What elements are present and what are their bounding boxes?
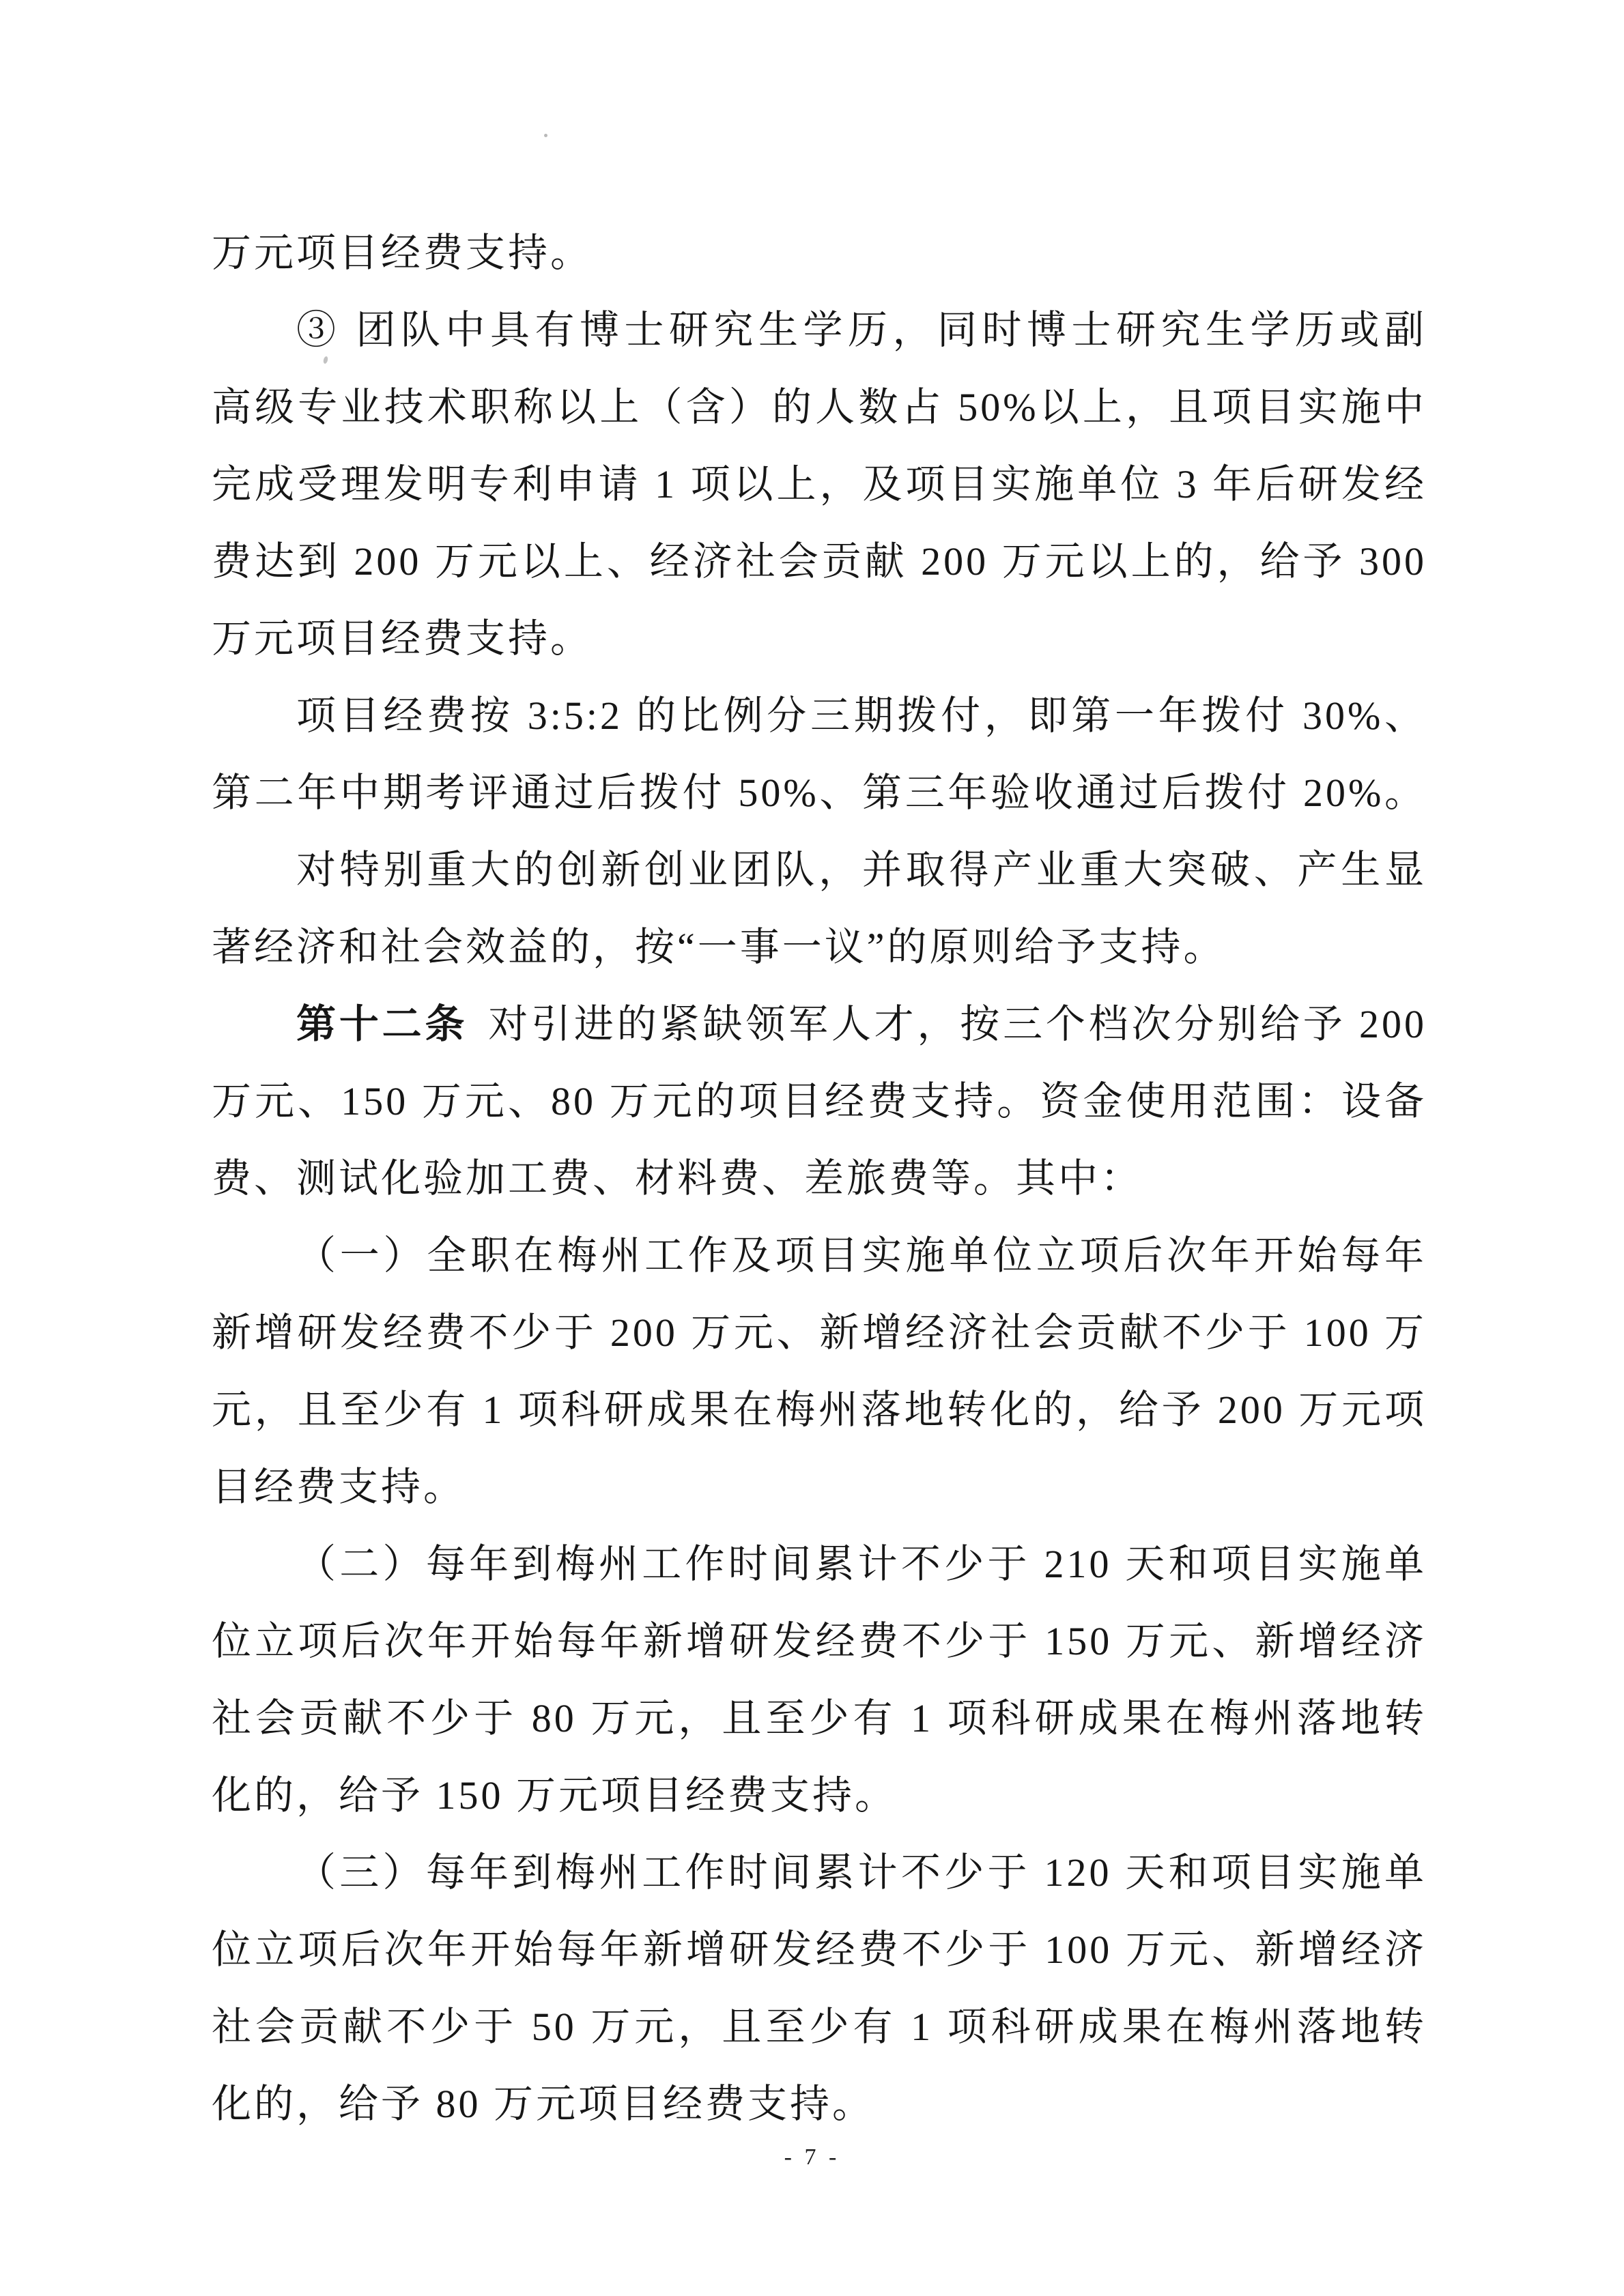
text-line: 社会贡献不少于 80 万元，且至少有 1 项科研成果在梅州落地转: [212, 1680, 1427, 1757]
text-line: 位立项后次年开始每年新增研发经费不少于 100 万元、新增经济: [212, 1911, 1427, 1988]
page-number: - 7 -: [0, 2144, 1624, 2170]
text-line: 新增研发经费不少于 200 万元、新增经济社会贡献不少于 100 万: [212, 1294, 1427, 1371]
text-line-article-12: 第十二条对引进的紧缺领军人才，按三个档次分别给予 200: [212, 986, 1427, 1063]
text-line: 万元项目经费支持。: [212, 600, 1427, 677]
scan-artifact-dot: [544, 134, 547, 137]
article-12-text: 对引进的紧缺领军人才，按三个档次分别给予 200: [488, 1002, 1427, 1046]
text-line: 万元、150 万元、80 万元的项目经费支持。资金使用范围：设备: [212, 1063, 1427, 1140]
text-line: 元，且至少有 1 项科研成果在梅州落地转化的，给予 200 万元项: [212, 1371, 1427, 1448]
article-12-heading: 第十二条: [296, 1002, 468, 1046]
text-line: 高级专业技术职称以上（含）的人数占 50%以上，且项目实施中: [212, 369, 1427, 446]
text-line: 项目经费按 3:5:2 的比例分三期拨付，即第一年拨付 30%、: [212, 677, 1427, 754]
text-line: （三）每年到梅州工作时间累计不少于 120 天和项目实施单: [212, 1834, 1427, 1911]
text-line: 著经济和社会效益的，按“一事一议”的原则给予支持。: [212, 908, 1427, 986]
text-line: （一）全职在梅州工作及项目实施单位立项后次年开始每年: [212, 1217, 1427, 1294]
text-line: 对特别重大的创新创业团队，并取得产业重大突破、产生显: [212, 831, 1427, 908]
text-line: 化的，给予 80 万元项目经费支持。: [212, 2065, 1427, 2142]
text-line: 费达到 200 万元以上、经济社会贡献 200 万元以上的，给予 300: [212, 523, 1427, 600]
text-line: 化的，给予 150 万元项目经费支持。: [212, 1757, 1427, 1834]
text-line: （二）每年到梅州工作时间累计不少于 210 天和项目实施单: [212, 1525, 1427, 1603]
text-line: ③ 团队中具有博士研究生学历，同时博士研究生学历或副: [212, 291, 1427, 369]
text-line: 社会贡献不少于 50 万元，且至少有 1 项科研成果在梅州落地转: [212, 1988, 1427, 2065]
text-line: 费、测试化验加工费、材料费、差旅费等。其中：: [212, 1140, 1427, 1217]
text-line: 完成受理发明专利申请 1 项以上，及项目实施单位 3 年后研发经: [212, 446, 1427, 523]
text-line: 位立项后次年开始每年新增研发经费不少于 150 万元、新增经济: [212, 1603, 1427, 1680]
text-line: 万元项目经费支持。: [212, 214, 1427, 291]
text-line: 第二年中期考评通过后拨付 50%、第三年验收通过后拨付 20%。: [212, 754, 1427, 831]
document-body: 万元项目经费支持。 ③ 团队中具有博士研究生学历，同时博士研究生学历或副 高级专…: [212, 214, 1427, 2142]
document-page: 万元项目经费支持。 ③ 团队中具有博士研究生学历，同时博士研究生学历或副 高级专…: [0, 0, 1624, 2296]
text-line: 目经费支持。: [212, 1448, 1427, 1525]
